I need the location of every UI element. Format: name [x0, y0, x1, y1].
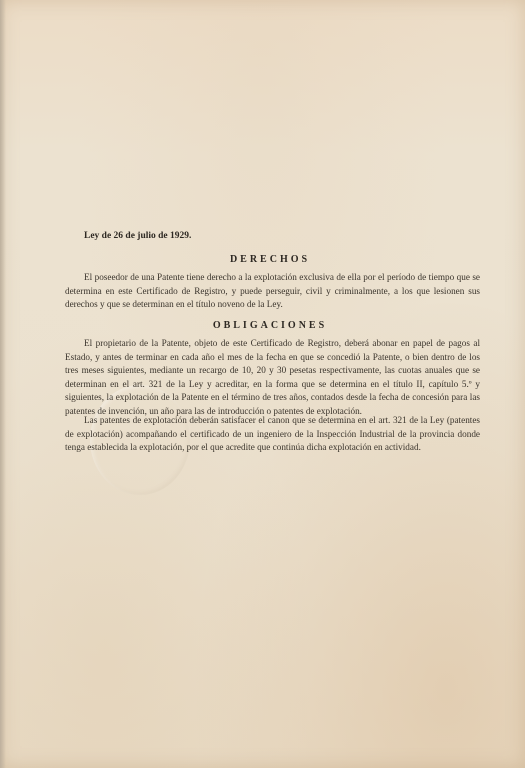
heading-derechos: DERECHOS — [60, 254, 480, 265]
law-title: Ley de 26 de julio de 1929. — [84, 231, 191, 241]
scanned-page: Ley de 26 de julio de 1929. DERECHOS El … — [0, 0, 525, 768]
page-edge-shadow — [0, 0, 6, 768]
obligaciones-paragraph-1: El propietario de la Patente, objeto de … — [65, 337, 480, 419]
obligaciones-paragraph-2: Las patentes de explotación deberán sati… — [65, 414, 480, 455]
heading-obligaciones: OBLIGACIONES — [60, 320, 480, 331]
derechos-paragraph: El poseedor de una Patente tiene derecho… — [65, 271, 480, 312]
